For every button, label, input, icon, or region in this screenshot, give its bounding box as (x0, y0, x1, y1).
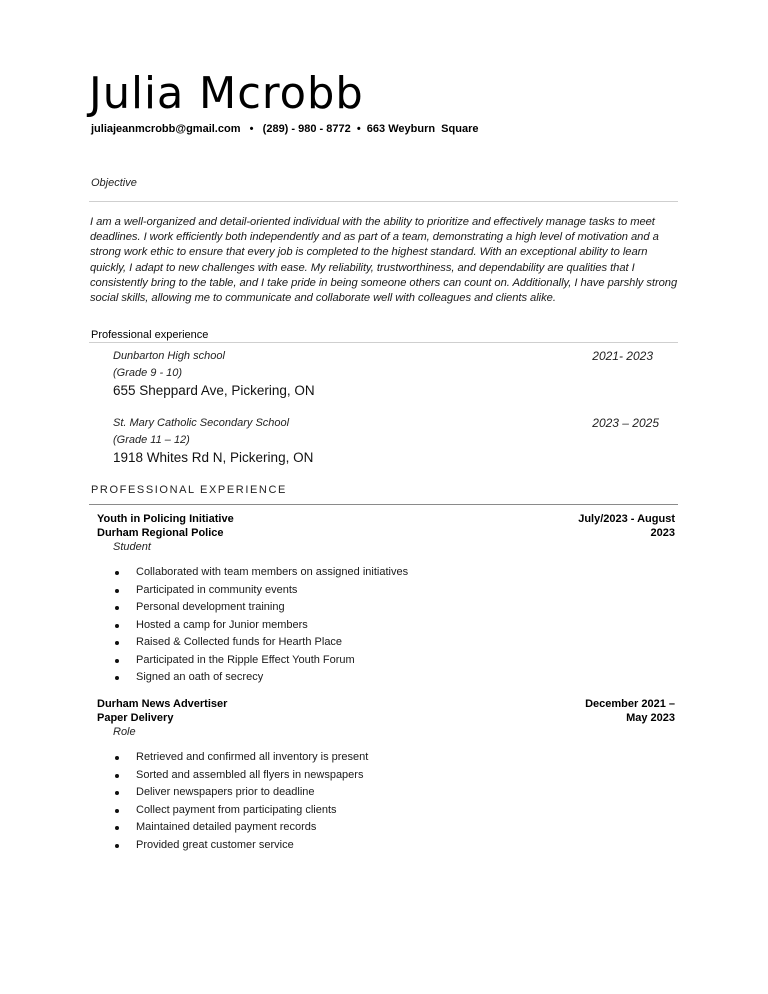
list-item: Provided great customer service (113, 837, 368, 855)
school-entry: Dunbarton High school (Grade 9 - 10) 655… (113, 348, 673, 400)
bullet-icon (115, 571, 119, 575)
objective-divider (89, 201, 678, 202)
bullet-icon (115, 809, 119, 813)
list-item: Collaborated with team members on assign… (113, 564, 408, 582)
job-role: Role (97, 725, 675, 739)
objective-text: I am a well-organized and detail-oriente… (90, 215, 680, 306)
job-bullets: Collaborated with team members on assign… (113, 564, 408, 687)
job-dates-line2: 2023 (515, 526, 675, 540)
list-item: Deliver newspapers prior to deadline (113, 784, 368, 802)
school-grade: (Grade 9 - 10) (113, 365, 673, 382)
resume-page: Julia Mcrobb juliajeanmcrobb@gmail.com •… (0, 0, 768, 994)
school-name: St. Mary Catholic Secondary School (113, 415, 673, 432)
bullet-icon (115, 659, 119, 663)
experience-heading: PROFESSIONAL EXPERIENCE (91, 484, 287, 496)
list-item: Sorted and assembled all flyers in newsp… (113, 767, 368, 785)
bullet-icon (115, 624, 119, 628)
list-item: Retrieved and confirmed all inventory is… (113, 749, 368, 767)
list-item: Participated in the Ripple Effect Youth … (113, 652, 408, 670)
job-bullets: Retrieved and confirmed all inventory is… (113, 749, 368, 854)
school-dates: 2023 – 2025 (592, 415, 659, 432)
school-grade: (Grade 11 – 12) (113, 432, 673, 449)
school-address: 1918 Whites Rd N, Pickering, ON (113, 449, 673, 467)
bullet-icon (115, 774, 119, 778)
school-name: Dunbarton High school (113, 348, 673, 365)
school-dates: 2021- 2023 (592, 348, 653, 365)
list-item: Collect payment from participating clien… (113, 802, 368, 820)
bullet-icon (115, 791, 119, 795)
job-dates-line1: December 2021 – (515, 697, 675, 711)
contact-line: juliajeanmcrobb@gmail.com • (289) - 980 … (91, 123, 478, 135)
objective-label: Objective (91, 177, 137, 189)
job-role: Student (97, 540, 675, 554)
job-dates-line2: May 2023 (515, 711, 675, 725)
job-dates: December 2021 – May 2023 (515, 697, 675, 725)
bullet-icon (115, 676, 119, 680)
education-divider (89, 342, 678, 343)
job-dates-line1: July/2023 - August (515, 512, 675, 526)
list-item: Hosted a camp for Junior members (113, 617, 408, 635)
experience-divider (89, 504, 678, 505)
list-item: Personal development training (113, 599, 408, 617)
list-item: Raised & Collected funds for Hearth Plac… (113, 634, 408, 652)
list-item: Maintained detailed payment records (113, 819, 368, 837)
job-entry: Youth in Policing Initiative Durham Regi… (97, 512, 675, 554)
bullet-icon (115, 641, 119, 645)
list-item: Participated in community events (113, 582, 408, 600)
job-dates: July/2023 - August 2023 (515, 512, 675, 540)
bullet-icon (115, 756, 119, 760)
school-entry: St. Mary Catholic Secondary School (Grad… (113, 415, 673, 467)
bullet-icon (115, 826, 119, 830)
candidate-name: Julia Mcrobb (89, 66, 364, 122)
list-item: Signed an oath of secrecy (113, 669, 408, 687)
education-heading: Professional experience (91, 329, 208, 341)
bullet-icon (115, 606, 119, 610)
job-entry: Durham News Advertiser Paper Delivery Ro… (97, 697, 675, 739)
bullet-icon (115, 589, 119, 593)
bullet-icon (115, 844, 119, 848)
school-address: 655 Sheppard Ave, Pickering, ON (113, 382, 673, 400)
